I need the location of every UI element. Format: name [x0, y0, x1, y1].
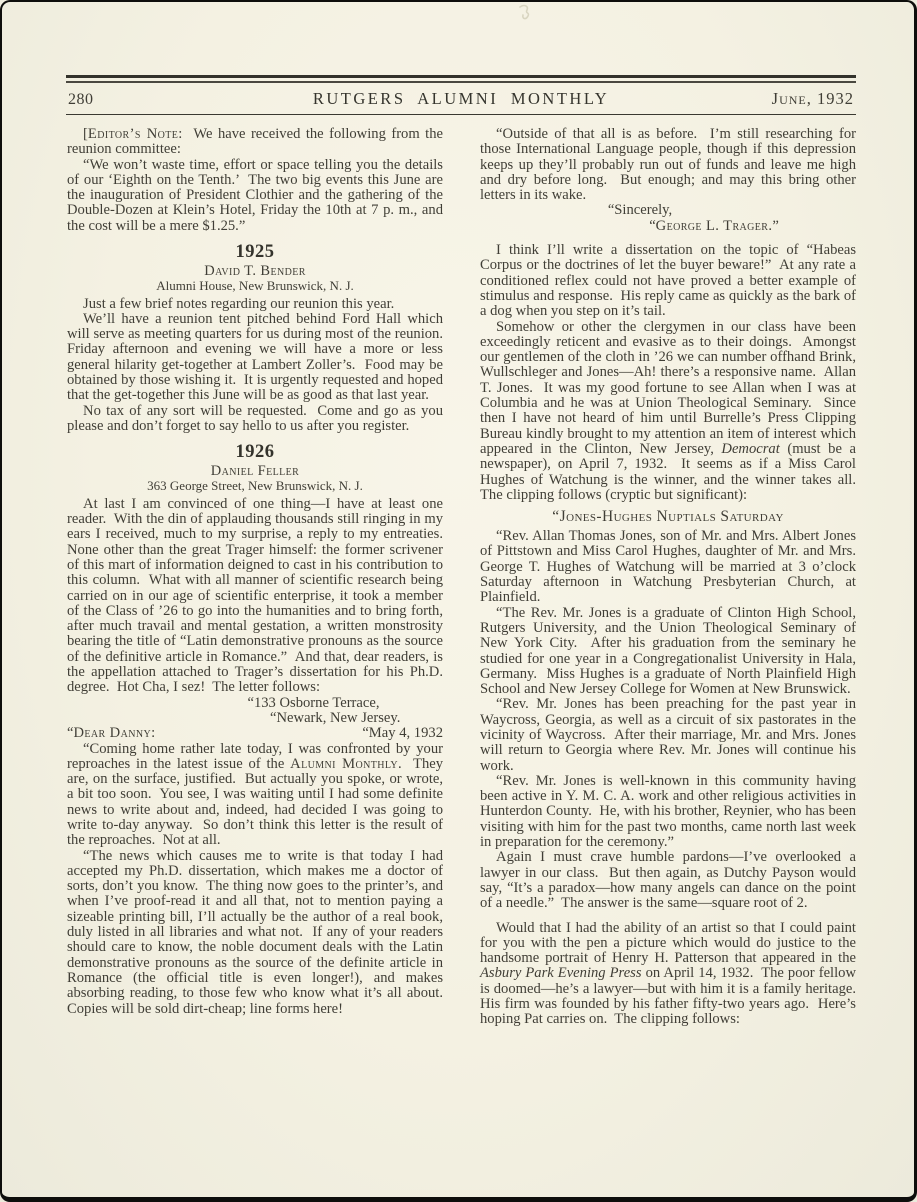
column-paragraph: Somehow or other the clergymen in our cl… [480, 320, 856, 504]
journal-title: RUTGERS ALUMNI MONTHLY [228, 89, 694, 109]
column-paragraph: I think I’ll write a dissertation on the… [480, 243, 856, 319]
letter-closing: “Sincerely, [480, 203, 856, 218]
class-1925-paragraph: Just a few brief notes regarding our reu… [67, 297, 443, 312]
class-secretary-name-1925: David T. Bender [67, 264, 443, 279]
letter-paragraph: “The news which causes me to write is th… [67, 849, 443, 1017]
class-1925-paragraph: No tax of any sort will be requested. Co… [67, 404, 443, 435]
clipping-paragraph: “Rev. Mr. Jones has been preaching for t… [480, 697, 856, 773]
right-column: “Outside of that all is as before. I’m s… [480, 127, 856, 1188]
column-paragraph: Again I must crave humble pardons—I’ve o… [480, 850, 856, 911]
letter-signature: “George L. Trager.” [480, 219, 856, 234]
clipping-paragraph: “The Rev. Mr. Jones is a graduate of Cli… [480, 606, 856, 698]
letter-address-line-2: “Newark, New Jersey. [67, 711, 443, 726]
class-secretary-address-1926: 363 George Street, New Brunswick, N. J. [67, 479, 443, 494]
issue-date: June, 1932 [694, 89, 854, 109]
pencil-smudge-mark [514, 3, 538, 30]
left-column: [Editor’s Note: We have received the fol… [67, 127, 443, 1188]
letter-salutation-date-line: “Dear Danny:“May 4, 1932 [67, 726, 443, 741]
two-column-text-body: [Editor’s Note: We have received the fol… [67, 127, 856, 1188]
letter-paragraph: “Outside of that all is as before. I’m s… [480, 127, 856, 203]
editors-note-paragraph: [Editor’s Note: We have received the fol… [67, 127, 443, 158]
smudge-squiggle-icon [514, 3, 538, 25]
header-double-rule [66, 75, 856, 83]
magazine-page-scan: { "page": { "number": "280", "journal_ti… [0, 0, 917, 1202]
class-secretary-name-1926: Daniel Feller [67, 464, 443, 479]
column-paragraph: Would that I had the ability of an artis… [480, 921, 856, 1028]
class-1925-paragraph: We’ll have a reunion tent pitched behind… [67, 312, 443, 404]
clipping-headline: “Jones-Hughes Nuptials Saturday [480, 508, 856, 525]
class-year-heading-1926: 1926 [67, 442, 443, 462]
reunion-committee-quote: “We won’t waste time, effort or space te… [67, 158, 443, 234]
header-single-rule [66, 114, 856, 115]
clipping-paragraph: “Rev. Mr. Jones is well-known in this co… [480, 774, 856, 850]
page-header: 280 RUTGERS ALUMNI MONTHLY June, 1932 [66, 75, 856, 115]
class-year-heading-1925: 1925 [67, 242, 443, 262]
class-secretary-address-1925: Alumni House, New Brunswick, N. J. [67, 279, 443, 294]
letter-address-line-1: “133 Osborne Terrace, [67, 696, 443, 711]
letter-paragraph: “Coming home rather late today, I was co… [67, 742, 443, 849]
page-number: 280 [68, 91, 228, 109]
header-row: 280 RUTGERS ALUMNI MONTHLY June, 1932 [66, 83, 856, 114]
class-1926-paragraph: At last I am convinced of one thing—I ha… [67, 497, 443, 696]
clipping-paragraph: “Rev. Allan Thomas Jones, son of Mr. and… [480, 529, 856, 605]
